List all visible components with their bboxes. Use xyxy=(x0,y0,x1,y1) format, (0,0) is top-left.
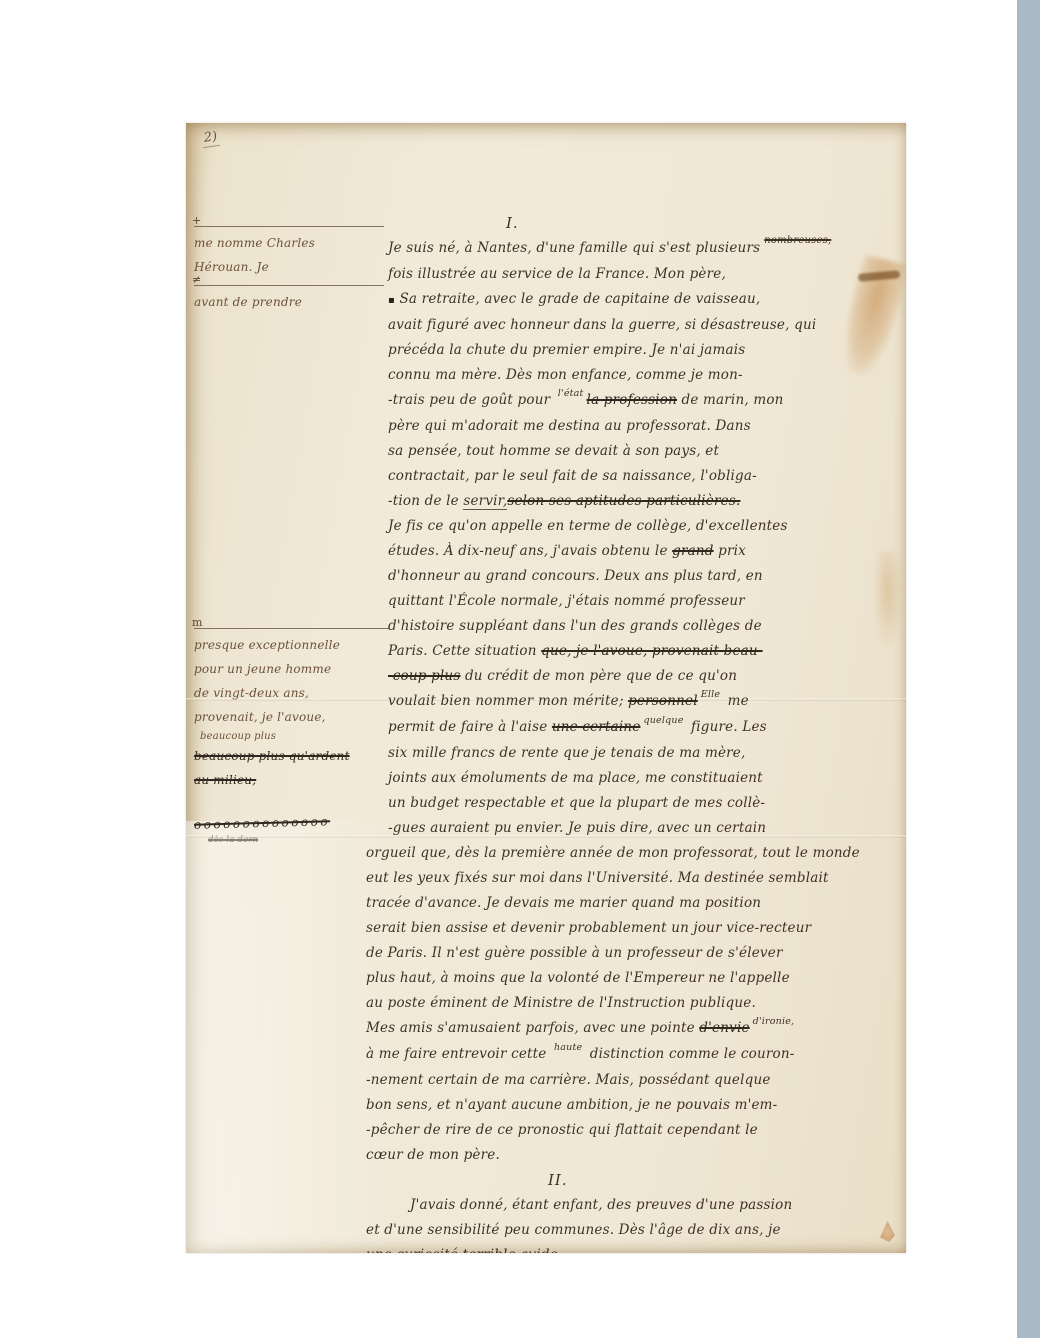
text-segment: Hérouan. Je xyxy=(194,260,269,274)
manuscript-line: contractait, par le seul fait de sa nais… xyxy=(388,464,906,489)
manuscript-line: bon sens, et n'ayant aucune ambition, je… xyxy=(366,1093,906,1118)
text-segment: cœur de mon père. xyxy=(366,1147,500,1163)
manuscript-text: I. Je suis né, à Nantes, d'une famille q… xyxy=(388,211,906,1253)
manuscript-line: J'avais donné, étant enfant, des preuves… xyxy=(388,1193,906,1218)
text-segment: orgueil que, dès la première année de mo… xyxy=(366,845,860,861)
text-segment: joints aux émoluments de ma place, me co… xyxy=(388,770,763,786)
margin-note-scribble: oooooooooooooo dès la dern xyxy=(194,811,330,846)
text-segment: -pêcher de rire de ce pronostic qui flat… xyxy=(366,1122,758,1138)
text-segment: me nomme Charles xyxy=(194,236,315,250)
text-segment: provenait, je l'avoue, xyxy=(194,710,326,724)
text-segment: d'envie xyxy=(699,1020,749,1036)
manuscript-line: tracée d'avance. Je devais me marier qua… xyxy=(366,891,906,916)
text-segment: ▪ xyxy=(388,295,395,306)
manuscript-line: -pêcher de rire de ce pronostic qui flat… xyxy=(366,1118,906,1143)
text-segment: oooooooooooooo xyxy=(194,814,330,832)
margin-note-line: beaucoup plus qu'ardent xyxy=(194,744,389,768)
manuscript-line: Je suis né, à Nantes, d'une famille qui … xyxy=(388,236,906,262)
text-segment: -nement certain de ma carrière. Mais, po… xyxy=(366,1072,771,1088)
text-segment: plus haut, à moins que la volonté de l'E… xyxy=(366,970,790,986)
manuscript-line: six mille francs de rente que je tenais … xyxy=(388,741,906,766)
text-segment: d'ironie, xyxy=(753,1016,795,1027)
margin-note-line: presque exceptionnelle xyxy=(194,633,389,657)
manuscript-line: études. À dix-neuf ans, j'avais obtenu l… xyxy=(388,539,906,564)
manuscript-section: II. J'avais donné, étant enfant, des pre… xyxy=(388,1168,906,1253)
text-segment: Mes amis s'amusaient parfois, avec une p… xyxy=(366,1020,699,1036)
text-segment: au poste éminent de Ministre de l'Instru… xyxy=(366,995,756,1011)
text-segment: -tion de le xyxy=(388,493,463,509)
margin-note-lines: presque exceptionnelle pour un jeune hom… xyxy=(194,633,389,792)
text-segment: la profession xyxy=(587,392,677,408)
manuscript-line: avait figuré avec honneur dans la guerre… xyxy=(388,313,906,338)
text-segment: presque exceptionnelle xyxy=(194,638,340,652)
manuscript-line: Mes amis s'amusaient parfois, avec une p… xyxy=(366,1016,906,1042)
manuscript-line: précéda la chute du premier empire. Je n… xyxy=(388,338,906,363)
manuscript-line: serait bien assise et devenir probableme… xyxy=(366,916,906,941)
manuscript-line: -nement certain de ma carrière. Mais, po… xyxy=(366,1068,906,1093)
manuscript-page: 2) + me nomme Charles Hérouan. Je ≠ xyxy=(186,123,906,1253)
text-segment: personnel xyxy=(628,693,698,709)
margin-note-line: dès la dern xyxy=(194,835,330,846)
text-segment: prix xyxy=(714,543,746,559)
margin-note-line: provenait, je l'avoue, xyxy=(194,705,389,729)
margin-note-line: au milieu, xyxy=(194,768,389,792)
text-segment: -trais peu de goût pour xyxy=(388,392,555,408)
margin-note-line: avant de prendre xyxy=(194,290,384,314)
text-segment: serait bien assise et devenir probableme… xyxy=(366,920,811,936)
manuscript-line: une curiosité terrible avide. xyxy=(366,1243,906,1253)
background-strip xyxy=(1017,0,1040,1338)
margin-note-3: m presque exceptionnelle pour un jeune h… xyxy=(194,628,389,792)
text-segment: terrible xyxy=(463,1247,516,1253)
margin-note-line: de vingt-deux ans, xyxy=(194,681,389,705)
text-segment: Elle xyxy=(701,689,720,700)
manuscript-line: au poste éminent de Ministre de l'Instru… xyxy=(366,991,906,1016)
text-segment: voulait bien nommer mon mérite; xyxy=(388,693,628,709)
manuscript-line: orgueil que, dès la première année de mo… xyxy=(366,841,906,866)
text-segment: contractait, par le seul fait de sa nais… xyxy=(388,468,757,484)
manuscript-line: joints aux émoluments de ma place, me co… xyxy=(388,766,906,791)
text-segment: études. À dix-neuf ans, j'avais obtenu l… xyxy=(388,543,672,559)
margin-note-line: pour un jeune homme xyxy=(194,657,389,681)
section-lines: J'avais donné, étant enfant, des preuves… xyxy=(388,1193,906,1253)
text-segment: une certaine xyxy=(552,719,641,735)
manuscript-photo: 2) + me nomme Charles Hérouan. Je ≠ xyxy=(0,0,1040,1338)
text-segment: de Paris. Il n'est guère possible à un p… xyxy=(366,945,783,961)
manuscript-line: un budget respectable et que la plupart … xyxy=(388,791,906,816)
text-segment: d'honneur au grand concours. Deux ans pl… xyxy=(388,568,763,584)
section-lines: Je suis né, à Nantes, d'une famille qui … xyxy=(388,236,906,1168)
text-segment: -gues auraient pu envier. Je puis dire, … xyxy=(388,820,766,836)
margin-note-lines: me nomme Charles Hérouan. Je xyxy=(194,231,384,279)
text-segment: connu ma mère. Dès mon enfance, comme je… xyxy=(388,367,743,383)
text-segment: d'histoire suppléant dans l'un des grand… xyxy=(388,618,762,634)
text-segment: avant de prendre xyxy=(194,295,302,309)
manuscript-line: -tion de le servir,selon ses aptitudes p… xyxy=(388,489,906,514)
margin-note-lines: avant de prendre xyxy=(194,290,384,314)
caret-mark-icon: m xyxy=(192,616,202,629)
text-segment: père qui m'adorait me destina au profess… xyxy=(388,418,751,434)
manuscript-line: plus haut, à moins que la volonté de l'E… xyxy=(366,966,906,991)
margin-note-line: beaucoup plus xyxy=(194,729,389,744)
manuscript-line: -trais peu de goût pour l'étatla profess… xyxy=(388,388,906,414)
text-segment: distinction comme le couron- xyxy=(585,1046,794,1062)
text-segment: beaucoup plus xyxy=(200,731,276,742)
manuscript-line: sa pensée, tout homme se devait à son pa… xyxy=(388,439,906,464)
caret-mark-icon: + xyxy=(192,214,201,227)
text-segment: servir, xyxy=(463,493,507,510)
caret-mark-icon: ≠ xyxy=(192,273,201,286)
margin-note-2: ≠ avant de prendre xyxy=(194,285,384,314)
margin-note-lines: oooooooooooooo dès la dern xyxy=(194,811,330,846)
margin-note-line: oooooooooooooo xyxy=(194,809,331,837)
text-segment: Sa retraite, avec le grade de capitaine … xyxy=(395,291,760,307)
manuscript-line: fois illustrée au service de la France. … xyxy=(388,262,906,287)
text-segment: fois illustrée au service de la France. … xyxy=(388,266,726,282)
chapter-heading: II. xyxy=(388,1168,906,1193)
text-segment: à me faire entrevoir cette xyxy=(366,1046,551,1062)
manuscript-line: -coup plus du crédit de mon père que de … xyxy=(388,664,906,689)
text-segment: bon sens, et n'ayant aucune ambition, je… xyxy=(366,1097,777,1113)
margin-note-line: me nomme Charles xyxy=(194,231,384,255)
manuscript-line: et d'une sensibilité peu communes. Dès l… xyxy=(366,1218,906,1243)
manuscript-line: Je fis ce qu'on appelle en terme de coll… xyxy=(388,514,906,539)
text-segment: que, je l'avoue, provenait beau- xyxy=(541,643,762,659)
text-segment: nombreuses, xyxy=(764,235,831,246)
margin-note-1: + me nomme Charles Hérouan. Je xyxy=(194,226,384,279)
manuscript-line: à me faire entrevoir cette haute distinc… xyxy=(366,1042,906,1068)
text-segment: selon ses aptitudes particulières. xyxy=(507,493,740,509)
text-segment: du crédit de mon père que de ce qu'on xyxy=(460,668,737,684)
manuscript-line: de Paris. Il n'est guère possible à un p… xyxy=(366,941,906,966)
manuscript-line: quittant l'École normale, j'étais nommé … xyxy=(388,589,906,614)
text-segment: six mille francs de rente que je tenais … xyxy=(388,745,746,761)
text-segment: haute xyxy=(554,1042,582,1053)
text-segment: au milieu, xyxy=(194,773,256,787)
text-segment: de vingt-deux ans, xyxy=(194,686,309,700)
manuscript-line: père qui m'adorait me destina au profess… xyxy=(388,414,906,439)
text-segment: précéda la chute du premier empire. Je n… xyxy=(388,342,745,358)
text-segment: tracée d'avance. Je devais me marier qua… xyxy=(366,895,761,911)
manuscript-line: Paris. Cette situation que, je l'avoue, … xyxy=(388,639,906,664)
text-segment: me xyxy=(723,693,749,709)
manuscript-line: d'honneur au grand concours. Deux ans pl… xyxy=(388,564,906,589)
manuscript-line: voulait bien nommer mon mérite; personne… xyxy=(388,689,906,715)
text-segment: pour un jeune homme xyxy=(194,662,331,676)
text-segment: quittant l'École normale, j'étais nommé … xyxy=(388,593,745,609)
text-segment: et d'une sensibilité peu communes. Dès l… xyxy=(366,1222,781,1238)
margin-note-line: Hérouan. Je xyxy=(194,255,384,279)
text-segment: de marin, mon xyxy=(677,392,784,408)
text-segment: Je suis né, à Nantes, d'une famille qui … xyxy=(388,240,760,256)
manuscript-line: cœur de mon père. xyxy=(366,1143,906,1168)
page-number: 2) xyxy=(201,129,221,148)
text-segment: Je fis ce qu'on appelle en terme de coll… xyxy=(388,518,788,534)
text-segment: beaucoup plus qu'ardent xyxy=(194,749,350,763)
text-segment: un budget respectable et que la plupart … xyxy=(388,795,765,811)
chapter-heading: I. xyxy=(388,211,906,236)
manuscript-line: -gues auraient pu envier. Je puis dire, … xyxy=(388,816,906,841)
text-segment: Paris. Cette situation xyxy=(388,643,541,659)
manuscript-line: connu ma mère. Dès mon enfance, comme je… xyxy=(388,363,906,388)
manuscript-line: ▪ Sa retraite, avec le grade de capitain… xyxy=(388,287,906,313)
text-segment: J'avais donné, étant enfant, des preuves… xyxy=(410,1197,792,1213)
text-segment: avait figuré avec honneur dans la guerre… xyxy=(388,317,816,333)
text-segment: eut les yeux fixés sur moi dans l'Univer… xyxy=(366,870,829,886)
text-segment: figure. Les xyxy=(687,719,767,735)
text-segment: quelque xyxy=(643,715,683,726)
text-segment: -coup plus xyxy=(388,668,460,684)
manuscript-line: eut les yeux fixés sur moi dans l'Univer… xyxy=(366,866,906,891)
manuscript-line: d'histoire suppléant dans l'un des grand… xyxy=(388,614,906,639)
text-segment: sa pensée, tout homme se devait à son pa… xyxy=(388,443,719,459)
text-segment: l'état xyxy=(558,388,584,399)
text-segment: une curiosité xyxy=(366,1247,463,1253)
text-segment: avide. xyxy=(516,1247,563,1253)
text-segment: grand xyxy=(672,543,713,559)
text-segment: dès la dern xyxy=(208,835,258,845)
manuscript-section: I. Je suis né, à Nantes, d'une famille q… xyxy=(388,211,906,1168)
paper-sheen xyxy=(186,821,391,1253)
manuscript-line: permit de faire à l'aise une certaineque… xyxy=(388,715,906,741)
text-segment: permit de faire à l'aise xyxy=(388,719,552,735)
